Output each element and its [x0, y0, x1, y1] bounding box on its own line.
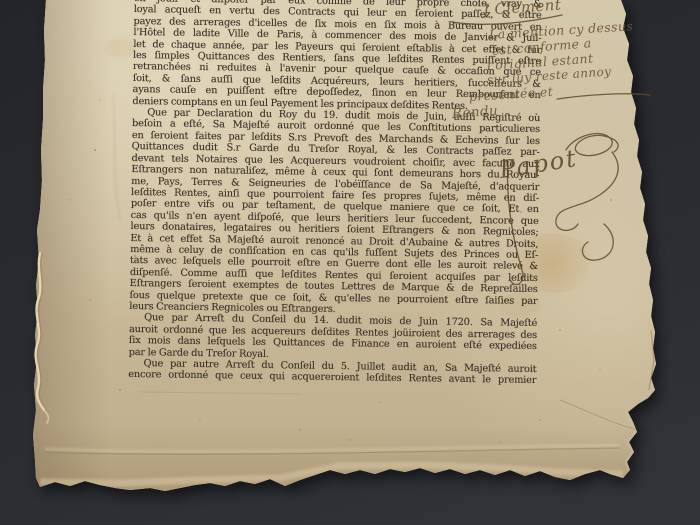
photo-stage: en jouïr et diſpoſer par eux comme de le…: [0, 0, 700, 525]
printed-text-block: en jouïr et diſpoſer par eux comme de le…: [128, 0, 542, 387]
